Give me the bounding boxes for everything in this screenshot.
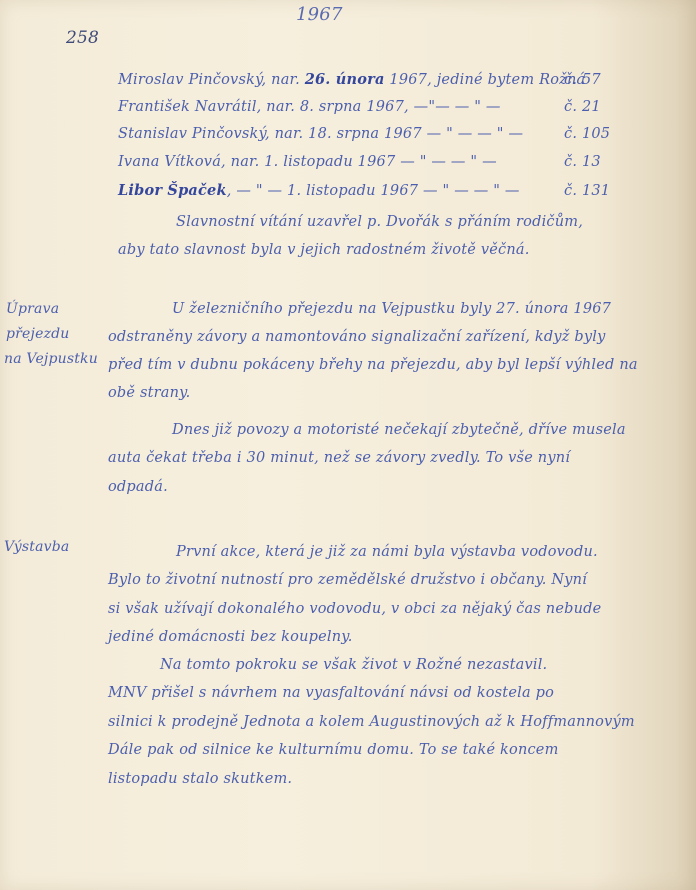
birth-entry: František Navrátil, nar. 8. srpna 1967, … xyxy=(118,100,501,115)
paragraph-line: listopadu stalo skutkem. xyxy=(108,772,292,787)
paragraph-line: První akce, která je již za námi byla vý… xyxy=(176,545,598,560)
closing-line: aby tato slavnost byla v jejich radostné… xyxy=(118,243,530,258)
margin-label: na Vejpustku xyxy=(4,352,98,366)
paragraph-line: před tím v dubnu pokáceny břehy na přeje… xyxy=(108,358,638,373)
birth-name: Ivana Vítková xyxy=(118,154,221,170)
paragraph-line: si však užívají dokonalého vodovodu, v o… xyxy=(108,602,601,617)
paragraph-line: Na tomto pokroku se však život v Rožné n… xyxy=(160,658,547,673)
house-number: č. 57 xyxy=(564,73,601,88)
paragraph-line: Dnes již povozy a motoristé nečekají zby… xyxy=(172,423,626,438)
paragraph-line: MNV přišel s návrhem na vyasfaltování ná… xyxy=(108,686,554,701)
birth-name: Stanislav Pinčovský xyxy=(118,126,265,142)
house-number: č. 21 xyxy=(564,100,601,115)
paragraph-line: odpadá. xyxy=(108,480,168,495)
paragraph-line: Dále pak od silnice ke kulturnímu domu. … xyxy=(108,743,559,758)
margin-label: Výstavba xyxy=(4,540,69,554)
birth-entry: Stanislav Pinčovský, nar. 18. srpna 1967… xyxy=(118,127,523,142)
paragraph-line: obě strany. xyxy=(108,386,190,401)
birth-name: František Navrátil xyxy=(118,99,257,115)
margin-label: přejezdu xyxy=(6,327,70,341)
paragraph-line: Bylo to životní nutností pro zemědělské … xyxy=(108,573,587,588)
house-number: č. 131 xyxy=(564,184,610,199)
birth-name: Miroslav Pinčovský xyxy=(118,72,262,88)
page-year-heading: 1967 xyxy=(296,6,343,24)
margin-label: Úprava xyxy=(6,302,59,316)
paragraph-line: auta čekat třeba i 30 minut, než se závo… xyxy=(108,451,570,466)
chronicle-page: 1967 258 Miroslav Pinčovský, nar. 26. ún… xyxy=(0,0,696,890)
page-number: 258 xyxy=(66,30,99,47)
paragraph-line: odstraněny závory a namontováno signaliz… xyxy=(108,330,605,345)
birth-entry: Ivana Vítková, nar. 1. listopadu 1967 — … xyxy=(118,155,497,170)
house-number: č. 105 xyxy=(564,127,610,142)
paragraph-line: jediné domácnosti bez koupelny. xyxy=(108,630,353,645)
birth-entry: Libor Špaček, — " — 1. listopadu 1967 — … xyxy=(118,184,520,199)
birth-date: 26. února xyxy=(305,71,385,88)
paragraph-line: U železničního přejezdu na Vejpustku byl… xyxy=(172,302,611,317)
birth-name: Libor Špaček xyxy=(118,182,227,199)
birth-entry: Miroslav Pinčovský, nar. 26. února 1967,… xyxy=(118,73,585,88)
house-number: č. 13 xyxy=(564,155,601,170)
paragraph-line: silnici k prodejně Jednota a kolem Augus… xyxy=(108,715,635,730)
closing-line: Slavnostní vítání uzavřel p. Dvořák s př… xyxy=(176,215,583,230)
